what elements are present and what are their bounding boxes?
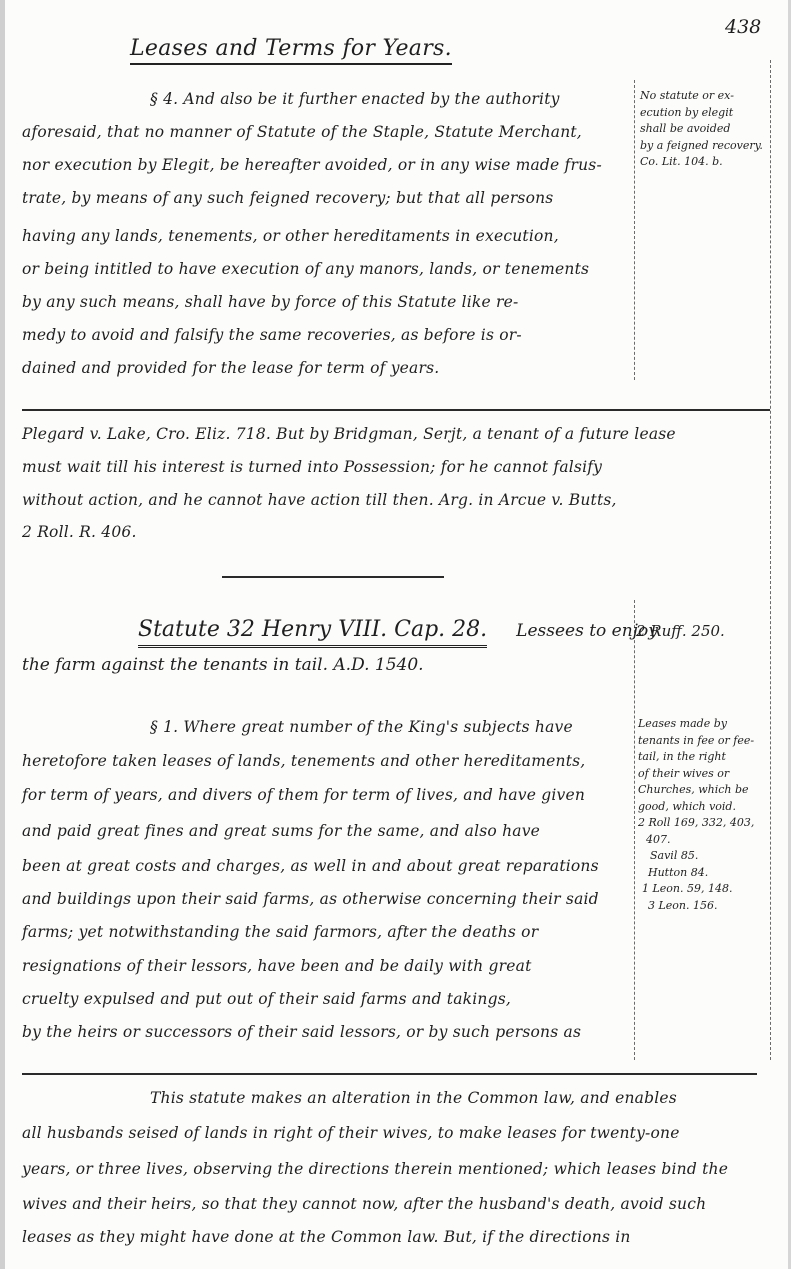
statute-reference: 2 Ruff. 250. [636, 622, 725, 640]
text-line: all husbands seised of lands in right of… [22, 1124, 680, 1142]
sidenote-line: Co. Lit. 104. b. [640, 154, 763, 171]
sidenote-line: Churches, which be [638, 782, 754, 799]
text-line: and buildings upon their said farms, as … [22, 890, 599, 908]
text-line: § 4. And also be it further enacted by t… [150, 90, 560, 108]
text-line: Plegard v. Lake, Cro. Eliz. 718. But by … [22, 425, 676, 443]
sidenote-line: Leases made by [638, 716, 754, 733]
sidenote-line: 2 Roll 169, 332, 403, [638, 815, 754, 832]
text-line: or being intitled to have execution of a… [22, 260, 589, 278]
text-line: aforesaid, that no manner of Statute of … [22, 123, 582, 141]
outer-margin-rule [770, 60, 771, 1060]
sidenote-line: 1 Leon. 59, 148. [638, 881, 754, 898]
statute-heading: Statute 32 Henry VIII. Cap. 28. Lessees … [138, 617, 658, 642]
text-line: by any such means, shall have by force o… [22, 293, 518, 311]
text-line: dained and provided for the lease for te… [22, 359, 439, 377]
page-edge-left [0, 0, 5, 1269]
divider [22, 1073, 757, 1075]
text-line: wives and their heirs, so that they cann… [22, 1195, 706, 1213]
sidenote-line: tail, in the right [638, 749, 754, 766]
text-line: resignations of their lessors, have been… [22, 957, 532, 975]
sidenote-line: No statute or ex- [640, 88, 763, 105]
margin-rule [634, 600, 635, 1060]
page-number: 438 [725, 16, 761, 38]
text-line: and paid great fines and great sums for … [22, 822, 540, 840]
divider [22, 409, 770, 411]
text-line: heretofore taken leases of lands, teneme… [22, 752, 585, 770]
sidenote-line: by a feigned recovery. [640, 138, 763, 155]
text-line: This statute makes an alteration in the … [150, 1089, 677, 1107]
text-line: been at great costs and charges, as well… [22, 857, 599, 875]
text-line: leases as they might have done at the Co… [22, 1228, 631, 1246]
text-line: years, or three lives, observing the dir… [22, 1160, 728, 1178]
sidenote-line: ecution by elegit [640, 105, 763, 122]
text-line: without action, and he cannot have actio… [22, 491, 617, 509]
text-line: cruelty expulsed and put out of their sa… [22, 990, 511, 1008]
text-line: medy to avoid and falsify the same recov… [22, 326, 522, 344]
page-title: Leases and Terms for Years. [130, 36, 452, 61]
text-line: trate, by means of any such feigned reco… [22, 189, 553, 207]
text-line: 2 Roll. R. 406. [22, 523, 137, 541]
sidenote-line: 3 Leon. 156. [638, 898, 754, 915]
text-line: § 1. Where great number of the King's su… [150, 718, 573, 736]
statute-title: Statute 32 Henry VIII. Cap. 28. [138, 617, 487, 648]
sidenote-line: good, which void. [638, 799, 754, 816]
text-line: nor execution by Elegit, be hereafter av… [22, 156, 602, 174]
sidenote-line: 407. [638, 832, 754, 849]
text-line: must wait till his interest is turned in… [22, 458, 602, 476]
sidenote-line: tenants in fee or fee- [638, 733, 754, 750]
text-line: by the heirs or successors of their said… [22, 1023, 581, 1041]
sidenote-line: of their wives or [638, 766, 754, 783]
sidenote-section-4: No statute or ex- ecution by elegit shal… [640, 88, 763, 171]
sidenote-line: Hutton 84. [638, 865, 754, 882]
statute-subheading-cont: the farm against the tenants in tail. A.… [22, 655, 424, 675]
sidenote-line: Savil 85. [638, 848, 754, 865]
section-separator [222, 576, 444, 578]
margin-rule [634, 80, 635, 380]
text-line: having any lands, tenements, or other he… [22, 227, 559, 245]
sidenote-line: shall be avoided [640, 121, 763, 138]
text-line: farms; yet notwithstanding the said farm… [22, 923, 538, 941]
sidenote-section-1: Leases made by tenants in fee or fee- ta… [638, 716, 754, 914]
text-line: for term of years, and divers of them fo… [22, 786, 585, 804]
